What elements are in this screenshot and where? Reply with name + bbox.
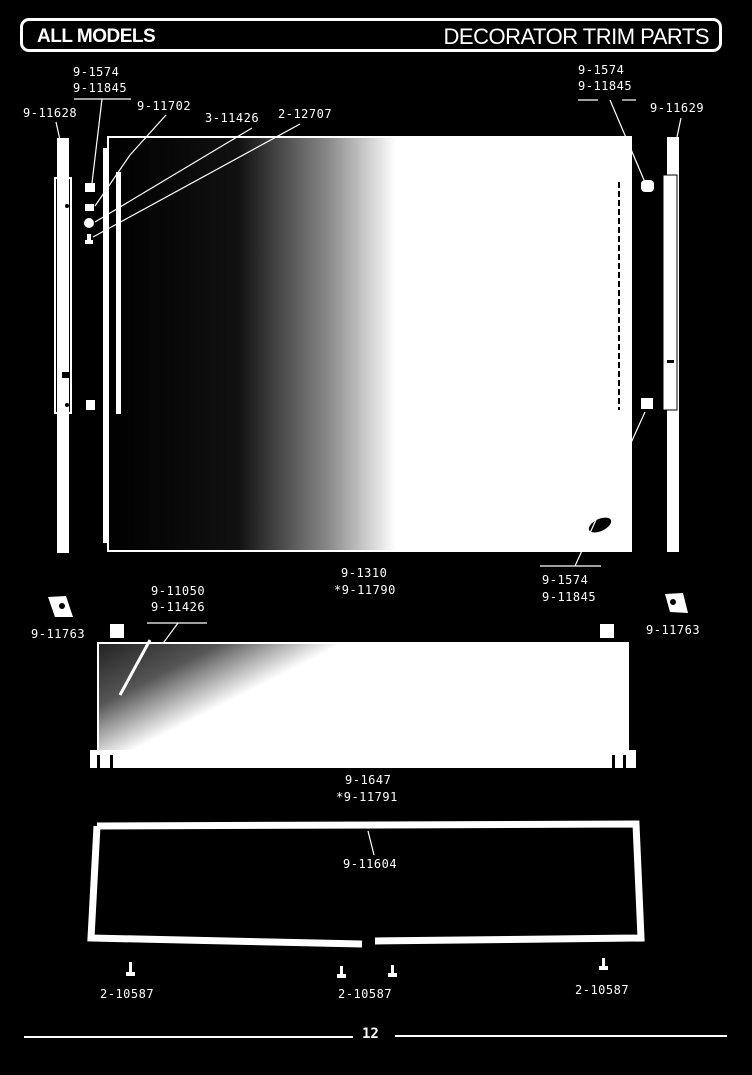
screws: [126, 958, 608, 978]
page-number: 12: [362, 1026, 379, 1042]
label-left-trim: 9-11628: [23, 106, 77, 121]
label-lower-panel-part-1: 9-11050: [151, 584, 205, 599]
label-lower-panel-1: 9-1647: [345, 773, 391, 788]
left-trim-strip: [55, 138, 71, 553]
label-left-corner-clip: 9-11763: [31, 627, 85, 642]
parts-illustration: [0, 0, 752, 1075]
label-top-right-clip-1: 9-1574: [578, 63, 624, 78]
label-frame: 9-11604: [343, 857, 397, 872]
front-panel: [103, 137, 631, 551]
label-screw-top: 2-12707: [278, 107, 332, 122]
label-top-left-clip-1: 9-1574: [73, 65, 119, 80]
label-lower-panel-2: *9-11791: [336, 790, 398, 805]
trim-frame: [91, 824, 641, 944]
label-top-right-clip-2: 9-11845: [578, 79, 632, 94]
label-screw-left: 2-10587: [100, 987, 154, 1002]
label-bracket: 3-11426: [205, 111, 259, 126]
label-front-panel-2: *9-11790: [334, 583, 396, 598]
label-front-panel-1: 9-1310: [341, 566, 387, 581]
label-spacer: 9-11702: [137, 99, 191, 114]
right-trim-strip: [641, 137, 679, 552]
lower-panel: [90, 624, 636, 769]
left-clip-parts: [84, 183, 95, 410]
label-bottom-right-clip-2: 9-11845: [542, 590, 596, 605]
label-top-left-clip-2: 9-11845: [73, 81, 127, 96]
label-right-corner-clip: 9-11763: [646, 623, 700, 638]
label-bottom-right-clip-1: 9-1574: [542, 573, 588, 588]
label-screw-middle: 2-10587: [338, 987, 392, 1002]
label-right-trim: 9-11629: [650, 101, 704, 116]
right-corner-clip: [665, 593, 688, 613]
label-screw-right: 2-10587: [575, 983, 629, 998]
label-lower-panel-part-2: 9-11426: [151, 600, 205, 615]
